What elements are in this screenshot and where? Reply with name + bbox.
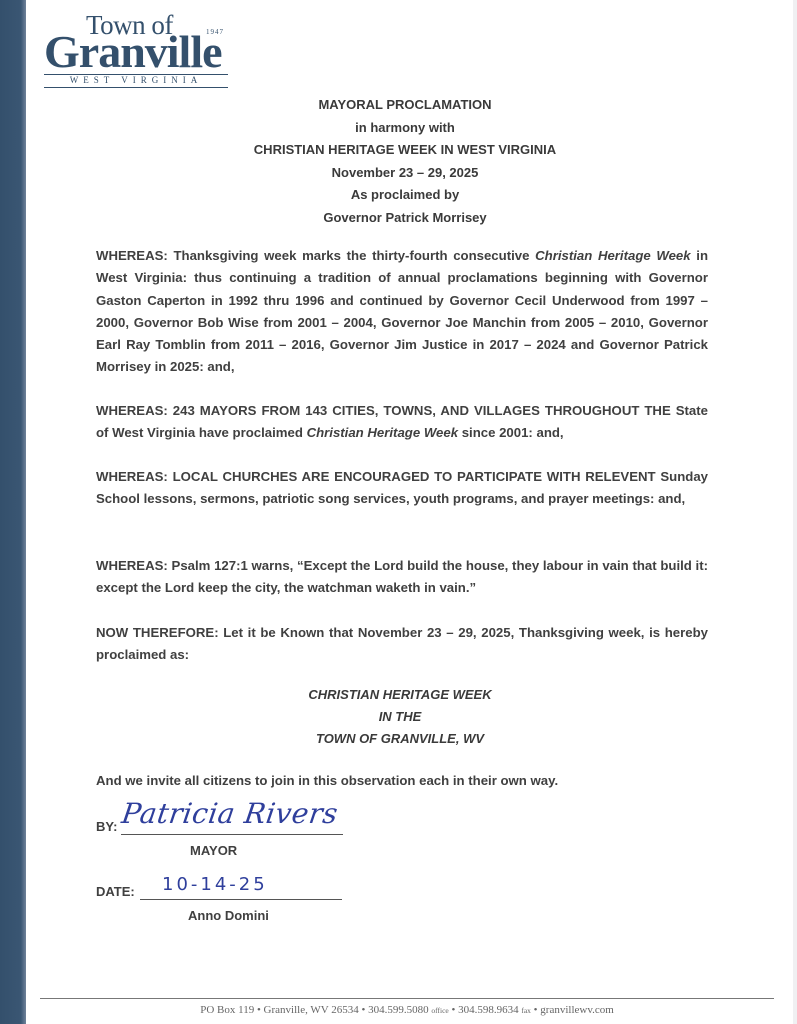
footer-divider [40,998,774,999]
mayor-signature: Patricia Rivers [120,797,340,830]
italic-text: Christian Heritage Week [307,425,458,440]
footer-contact: PO Box 119 • Granville, WV 26534 • 304.5… [40,1004,774,1016]
now-therefore-paragraph: NOW THEREFORE: Let it be Known that Nove… [96,622,708,667]
invitation-text: And we invite all citizens to join in th… [96,773,558,788]
signature-line [121,834,343,835]
title-line: November 23 – 29, 2025 [230,162,580,185]
date-line [140,899,342,900]
italic-text: Christian Heritage Week [535,248,691,263]
text: in West Virginia: thus continuing a trad… [96,248,708,374]
date-label: DATE: [96,884,135,899]
fax-label: fax [521,1006,531,1015]
proclaimed-line: TOWN OF GRANVILLE, WV [260,728,540,750]
title-line: in harmony with [230,117,580,140]
whereas-paragraph-1: WHEREAS: Thanksgiving week marks the thi… [96,245,708,379]
title-line: Governor Patrick Morrisey [230,207,580,230]
left-color-band [0,0,26,1024]
fax-phone: 304.598.9634 [458,1004,519,1016]
logo-state: WEST VIRGINIA [44,75,228,86]
whereas-paragraph-3: WHEREAS: LOCAL CHURCHES ARE ENCOURAGED T… [96,466,708,511]
anno-domini: Anno Domini [188,908,269,923]
proclaimed-as-block: CHRISTIAN HERITAGE WEEK IN THE TOWN OF G… [260,684,540,750]
handwritten-date: 10-14-25 [162,874,268,895]
title-line: CHRISTIAN HERITAGE WEEK IN WEST VIRGINIA [230,139,580,162]
office-label: office [431,1006,448,1015]
town-logo: Town of Granville 1947 WEST VIRGINIA [44,12,228,82]
by-label: BY: [96,819,117,834]
proclaimed-line: IN THE [260,706,540,728]
text: WHEREAS: Thanksgiving week marks the thi… [96,248,535,263]
page-edge [793,0,797,1024]
logo-town-name: Granville [44,30,222,74]
website: granvillewv.com [540,1004,614,1016]
whereas-paragraph-4: WHEREAS: Psalm 127:1 warns, “Except the … [96,555,708,600]
mayor-title: MAYOR [190,843,237,858]
proclaimed-line: CHRISTIAN HERITAGE WEEK [260,684,540,706]
title-line: As proclaimed by [230,184,580,207]
logo-year: 1947 [206,28,224,36]
whereas-paragraph-2: WHEREAS: 243 MAYORS FROM 143 CITIES, TOW… [96,400,708,445]
office-phone: 304.599.5080 [368,1004,429,1016]
proclamation-title: MAYORAL PROCLAMATION in harmony with CHR… [230,94,580,229]
logo-rule-bottom [44,87,228,88]
text: since 2001: and, [458,425,564,440]
footer-address: PO Box 119 • Granville, WV 26534 • [200,1004,368,1016]
title-line: MAYORAL PROCLAMATION [230,94,580,117]
